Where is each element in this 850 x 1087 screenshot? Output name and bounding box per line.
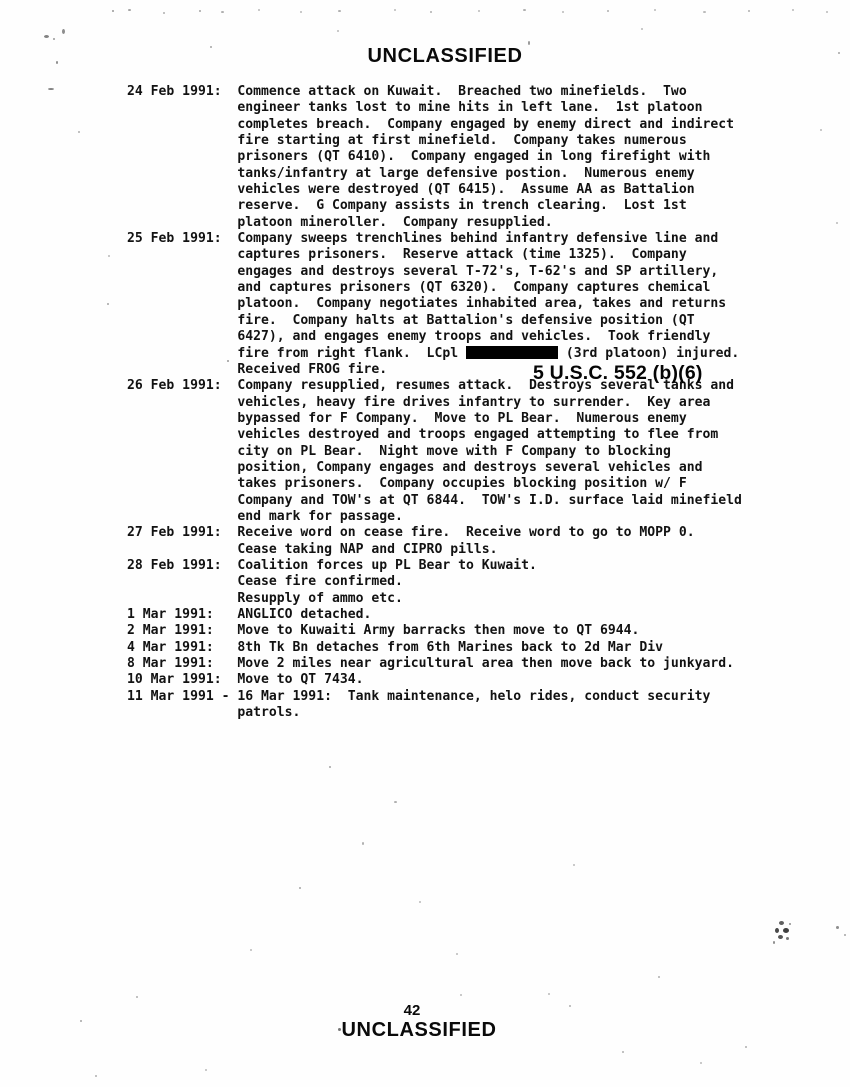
log-line: 28 Feb 1991: Coalition forces up PL Bear…	[127, 558, 742, 574]
scan-speck	[199, 10, 201, 12]
scan-speck	[478, 10, 480, 12]
scan-speck	[703, 11, 706, 13]
log-line: 6427), and engages enemy troops and vehi…	[127, 329, 742, 345]
log-line: end mark for passage.	[127, 509, 742, 525]
scan-speck	[300, 11, 302, 13]
log-line: Cease taking NAP and CIPRO pills.	[127, 542, 742, 558]
scan-speck	[95, 1075, 97, 1077]
log-line: and captures prisoners (QT 6320). Compan…	[127, 280, 742, 296]
log-line: vehicles were destroyed (QT 6415). Assum…	[127, 182, 742, 198]
log-line: tanks/infantry at large defensive postio…	[127, 166, 742, 182]
log-line: 27 Feb 1991: Receive word on cease fire.…	[127, 525, 742, 541]
scan-speck	[607, 10, 609, 12]
log-line: Resupply of ammo etc.	[127, 591, 742, 607]
scan-speck	[745, 1046, 747, 1048]
log-line: bypassed for F Company. Move to PL Bear.…	[127, 411, 742, 427]
log-line: fire from right flank. LCpl (3rd platoon…	[127, 346, 742, 362]
scan-speck	[775, 928, 779, 933]
scan-speck	[836, 926, 839, 929]
scan-speck	[107, 303, 109, 305]
log-line: city on PL Bear. Night move with F Compa…	[127, 444, 742, 460]
scan-speck	[53, 38, 55, 40]
scan-speck	[641, 28, 643, 30]
log-line-text: fire from right flank. LCpl	[127, 346, 466, 361]
scan-speck	[136, 996, 138, 998]
scan-speck	[299, 887, 301, 889]
scan-speck	[221, 11, 224, 13]
log-lines: 24 Feb 1991: Commence attack on Kuwait. …	[127, 84, 742, 721]
scan-speck	[792, 9, 794, 11]
log-line: position, Company engages and destroys s…	[127, 460, 742, 476]
log-line: vehicles, heavy fire drives infantry to …	[127, 395, 742, 411]
scan-speck	[394, 9, 396, 11]
scan-speck	[48, 88, 54, 90]
scan-speck	[573, 864, 575, 866]
log-line: Cease fire confirmed.	[127, 574, 742, 590]
log-line: engages and destroys several T-72's, T-6…	[127, 264, 742, 280]
document-page: UNCLASSIFIED 24 Feb 1991: Commence attac…	[0, 0, 850, 1087]
scan-speck	[783, 928, 789, 933]
scan-speck	[658, 976, 660, 978]
log-line: takes prisoners. Company occupies blocki…	[127, 476, 742, 492]
scan-speck	[826, 11, 828, 13]
scan-speck	[419, 901, 421, 903]
scan-speck	[820, 129, 822, 131]
scan-speck	[836, 222, 838, 224]
scan-speck	[108, 255, 110, 257]
log-line: prisoners (QT 6410). Company engaged in …	[127, 149, 742, 165]
scan-speck	[258, 9, 260, 11]
scan-speck	[163, 12, 165, 14]
scan-speck	[562, 11, 564, 13]
scan-speck	[773, 941, 775, 944]
log-line: reserve. G Company assists in trench cle…	[127, 198, 742, 214]
scan-speck	[622, 1051, 624, 1053]
log-line: platoon. Company negotiates inhabited ar…	[127, 296, 742, 312]
log-line: fire starting at first minefield. Compan…	[127, 133, 742, 149]
scan-speck	[456, 953, 458, 955]
classification-footer: UNCLASSIFIED	[0, 1019, 838, 1042]
log-line: fire. Company halts at Battalion's defen…	[127, 313, 742, 329]
scan-speck	[786, 937, 789, 940]
log-line: vehicles destroyed and troops engaged at…	[127, 427, 742, 443]
log-line: 10 Mar 1991: Move to QT 7434.	[127, 672, 742, 688]
log-line: 25 Feb 1991: Company sweeps trenchlines …	[127, 231, 742, 247]
scan-speck	[112, 10, 114, 12]
scan-speck	[62, 29, 65, 34]
log-line: 24 Feb 1991: Commence attack on Kuwait. …	[127, 84, 742, 100]
scan-speck	[250, 949, 252, 951]
scan-speck	[329, 766, 331, 768]
scan-speck	[128, 9, 131, 11]
redaction-box	[466, 346, 558, 359]
log-line: 2 Mar 1991: Move to Kuwaiti Army barrack…	[127, 623, 742, 639]
log-line: 4 Mar 1991: 8th Tk Bn detaches from 6th …	[127, 640, 742, 656]
log-line-text: (3rd platoon) injured.	[558, 346, 739, 361]
scan-speck	[789, 923, 791, 925]
scan-speck	[205, 1069, 207, 1071]
log-line: patrols.	[127, 705, 742, 721]
scan-speck	[779, 921, 784, 925]
scan-speck	[700, 1062, 702, 1064]
page-number: 42	[0, 1002, 824, 1019]
log-line: engineer tanks lost to mine hits in left…	[127, 100, 742, 116]
scan-speck	[844, 934, 846, 936]
scan-speck	[44, 35, 49, 38]
scan-speck	[460, 994, 462, 996]
log-line: 11 Mar 1991 - 16 Mar 1991: Tank maintena…	[127, 689, 742, 705]
scan-speck	[548, 993, 550, 995]
scan-speck	[394, 801, 397, 803]
scan-speck	[430, 11, 432, 13]
classification-header: UNCLASSIFIED	[40, 45, 850, 68]
scan-speck	[337, 30, 339, 32]
foia-exemption-stamp: 5 U.S.C. 552 (b)(6)	[533, 362, 703, 385]
log-line: 1 Mar 1991: ANGLICO detached.	[127, 607, 742, 623]
scan-speck	[654, 9, 656, 11]
log-line: 8 Mar 1991: Move 2 miles near agricultur…	[127, 656, 742, 672]
log-line: Company and TOW's at QT 6844. TOW's I.D.…	[127, 493, 742, 509]
log-line: completes breach. Company engaged by ene…	[127, 117, 742, 133]
scan-speck	[778, 935, 783, 939]
scan-speck	[748, 10, 750, 12]
scan-speck	[338, 10, 341, 12]
scan-speck	[362, 842, 364, 845]
scan-speck	[78, 131, 80, 133]
log-line: captures prisoners. Reserve attack (time…	[127, 247, 742, 263]
scan-speck	[523, 9, 526, 11]
log-line: platoon mineroller. Company resupplied.	[127, 215, 742, 231]
